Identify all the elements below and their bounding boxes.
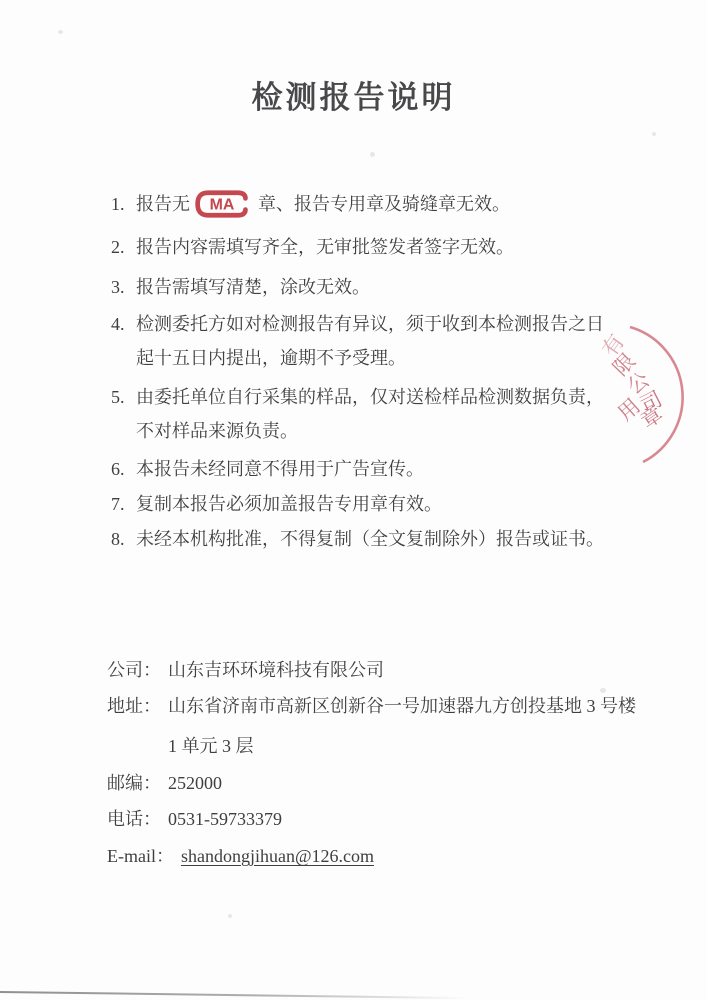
item-text: 未经本机构批准，不得复制（全文复制除外）报告或证书。: [136, 522, 648, 556]
phone-row: 电话： 0531-59733379: [107, 804, 282, 834]
item-number: 8.: [111, 522, 136, 556]
zip-label: 邮编：: [107, 768, 161, 798]
company-value: 山东吉环环境科技有限公司: [168, 655, 384, 685]
company-label: 公司：: [107, 655, 161, 685]
item-number: 3.: [111, 270, 136, 304]
notice-item-1: 1. 报告无 MA 章、报告专用章及骑缝章无效。: [111, 187, 648, 221]
email-value: shandongjihuan@126.com: [181, 841, 374, 871]
item-number: 7.: [111, 487, 136, 521]
address-label: 地址：: [107, 686, 161, 726]
address-line-2: 1 单元 3 层: [168, 726, 636, 766]
address-line-1: 山东省济南市高新区创新谷一号加速器九方创投基地 3 号楼: [168, 686, 636, 726]
item-text: 报告内容需填写齐全，无审批签发者签字无效。: [136, 230, 648, 264]
page-title: 检测报告说明: [0, 80, 707, 116]
item-text: 报告需填写清楚，涂改无效。: [136, 270, 648, 304]
email-label: E-mail：: [107, 841, 174, 871]
scan-speck: [370, 152, 375, 157]
item-number: 2.: [111, 230, 136, 264]
notice-item-3: 3. 报告需填写清楚，涂改无效。: [111, 270, 648, 304]
scanned-report-page: 检测报告说明 1. 报告无 MA 章、报告专用章及骑缝章无效。 2. 报告内容需…: [0, 0, 707, 1000]
address-row: 地址： 山东省济南市高新区创新谷一号加速器九方创投基地 3 号楼 1 单元 3 …: [107, 686, 636, 766]
cma-logo: MA: [192, 189, 252, 219]
item-text: 复制本报告必须加盖报告专用章有效。: [136, 487, 648, 521]
scan-speck: [228, 914, 232, 918]
notice-item-2: 2. 报告内容需填写齐全，无审批签发者签字无效。: [111, 230, 648, 264]
company-seal-stamp: 有 限 公 司 用 章: [537, 310, 707, 480]
phone-value: 0531-59733379: [168, 804, 282, 834]
item-text: 报告无: [136, 187, 190, 221]
zip-row: 邮编： 252000: [107, 768, 222, 798]
company-row: 公司： 山东吉环环境科技有限公司: [107, 655, 384, 685]
scan-speck: [600, 688, 606, 693]
item-number: 6.: [111, 452, 136, 486]
scan-speck: [652, 132, 656, 136]
item-number: 1.: [111, 187, 136, 221]
item-text: 章、报告专用章及骑缝章无效。: [258, 187, 510, 221]
item-number: 5.: [111, 380, 136, 414]
cma-letters: MA: [210, 197, 235, 214]
notice-item-7: 7. 复制本报告必须加盖报告专用章有效。: [111, 487, 648, 521]
scan-speck: [58, 30, 63, 34]
email-row: E-mail： shandongjihuan@126.com: [107, 841, 374, 871]
item-number: 4.: [111, 307, 136, 341]
notice-item-8: 8. 未经本机构批准，不得复制（全文复制除外）报告或证书。: [111, 522, 648, 556]
scan-edge-artifact: [0, 991, 468, 999]
phone-label: 电话：: [107, 804, 161, 834]
zip-value: 252000: [168, 768, 222, 798]
